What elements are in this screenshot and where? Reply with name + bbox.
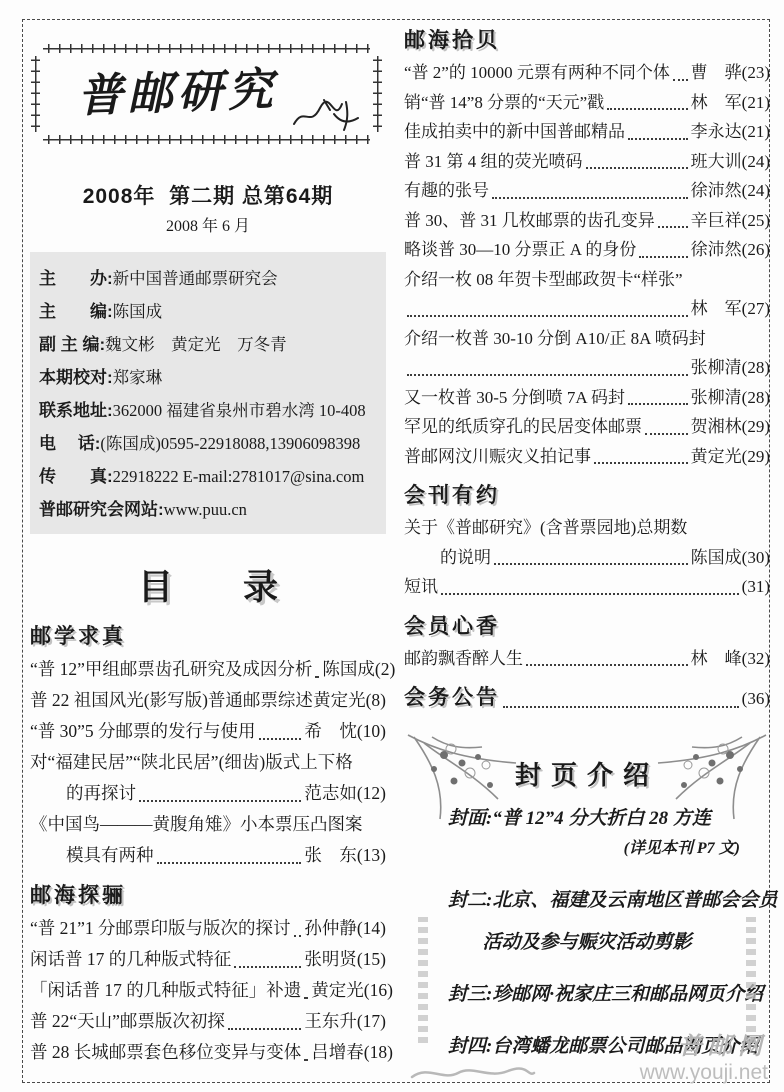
tick-border-right xyxy=(373,56,382,132)
toc-section-heading: 邮海拾贝 xyxy=(404,24,770,58)
toc-entry: 销“普 14”8 分票的“天元”戳林 军(21) xyxy=(404,88,770,118)
watermark-site-name: 普邮网 xyxy=(640,1026,768,1061)
publication-info-box: 主 办:新中国普通邮票研究会主 编:陈国成副 主 编:魏文彬 黄定光 万冬青本期… xyxy=(30,252,386,534)
toc-entry: 模具有两种张 东(13) xyxy=(30,840,386,871)
toc-entry: 《中国鸟———黄腹角雉》小本票压凸图案 xyxy=(30,809,386,840)
publication-info-row: 普邮研究会网站:www.puu.cn xyxy=(39,493,380,526)
toc-entry: “普 21”1 分邮票印版与版次的探讨孙仲静(14) xyxy=(30,913,386,944)
toc-entry-title: “普 21”1 分邮票印版与版次的探讨 xyxy=(30,913,291,944)
toc-right-list: 邮海拾贝“普 2”的 10000 元票有两种不同个体曹 骅(23)销“普 14”… xyxy=(404,24,770,715)
toc-entry-author-page: 黄定光(16) xyxy=(311,975,393,1006)
toc-entry-author-page: 陈国成(2) xyxy=(322,654,395,685)
toc-entry: 佳成拍卖中的新中国普邮精品李永达(21) xyxy=(404,117,770,147)
cover-intro-line: (详见本刊 P7 文) xyxy=(404,836,740,862)
toc-entry-title: 关于《普邮研究》(含普票园地)总期数 xyxy=(404,513,687,543)
toc-entry-author-page: 张 东(13) xyxy=(304,840,386,871)
toc-entry-author-page: 张柳清(28) xyxy=(691,383,770,413)
toc-entry-title: 模具有两种 xyxy=(66,840,154,871)
dot-leader xyxy=(628,403,688,405)
dot-leader xyxy=(157,862,302,864)
toc-entry-title: 佳成拍卖中的新中国普邮精品 xyxy=(404,117,625,147)
toc-entry-title: 短讯 xyxy=(404,572,438,602)
toc-entry-title: 略谈普 30—10 分票正 A 的身份 xyxy=(404,235,636,265)
dot-leader xyxy=(586,167,688,169)
toc-entry: 「闲话普 17 的几种版式特征」补遗黄定光(16) xyxy=(30,975,386,1006)
right-column: 邮海拾贝“普 2”的 10000 元票有两种不同个体曹 骅(23)销“普 14”… xyxy=(404,24,770,1083)
dot-leader xyxy=(492,197,688,199)
toc-entry-title: 的再探讨 xyxy=(66,778,136,809)
toc-entry: 对“福建民居”“陕北民居”(细齿)版式上下格 xyxy=(30,747,386,778)
publication-info-row: 主 办:新中国普通邮票研究会 xyxy=(39,262,380,295)
toc-section-heading: 邮海探骊 xyxy=(30,879,386,913)
dot-leader xyxy=(639,256,687,258)
signature-calligraphy-icon xyxy=(290,94,364,136)
toc-entry: 林 军(27) xyxy=(404,294,770,324)
toc-entry-author-page: (31) xyxy=(742,572,770,602)
toc-entry: 又一枚普 30-5 分倒喷 7A 码封张柳清(28) xyxy=(404,383,770,413)
toc-entry-title: 普 30、普 31 几枚邮票的齿孔变异 xyxy=(404,206,655,236)
toc-entry-title: “普 30”5 分邮票的发行与使用 xyxy=(30,716,256,747)
toc-section-heading-row: 会务公告(36) xyxy=(404,681,770,715)
info-label: 电 话: xyxy=(39,434,100,453)
toc-entry-author-page: 林 军(27) xyxy=(691,294,770,324)
dot-leader xyxy=(304,1059,308,1061)
tick-border-bottom xyxy=(43,135,370,144)
dot-leader xyxy=(228,1028,301,1030)
cover-intro-lines: 封面:“普 12”4 分大折白 28 方连(详见本刊 P7 文)封二:北京、福建… xyxy=(404,806,770,1060)
plum-blossom-right-icon xyxy=(652,729,770,821)
toc-entry-title: 普邮网汶川赈灾义拍记事 xyxy=(404,442,591,472)
info-value: 陈国成 xyxy=(113,302,163,321)
toc-entry-title: 介绍一枚普 30-10 分倒 A10/正 8A 喷码封 xyxy=(404,324,706,354)
toc-entry-author-page: 吕增春(18) xyxy=(311,1037,393,1068)
toc-entry-author-page: 徐沛然(26) xyxy=(691,235,770,265)
toc-entry-title: 对“福建民居”“陕北民居”(细齿)版式上下格 xyxy=(30,747,353,778)
cover-intro-line: 活动及参与赈灾活动剪影 xyxy=(404,930,770,956)
toc-entry: 邮韵飘香醉人生林 峰(32) xyxy=(404,644,770,674)
toc-entry-title: 又一枚普 30-5 分倒喷 7A 码封 xyxy=(404,383,625,413)
dot-leader xyxy=(407,315,688,317)
dot-leader xyxy=(645,433,688,435)
plum-blossom-left-icon xyxy=(404,729,522,821)
info-value: 魏文彬 黄定光 万冬青 xyxy=(105,335,287,354)
toc-entry-title: 有趣的张号 xyxy=(404,176,489,206)
toc-entry-author-page: 陈国成(30) xyxy=(691,543,770,573)
dot-leader xyxy=(494,563,688,565)
masthead-logo-box: 普邮研究 xyxy=(33,46,380,142)
toc-entry-author-page: 徐沛然(24) xyxy=(691,176,770,206)
tick-border-top xyxy=(43,44,370,53)
toc-entry-title: 「闲话普 17 的几种版式特征」补遗 xyxy=(30,975,301,1006)
toc-entry: 的再探讨范志如(12) xyxy=(30,778,386,809)
toc-entry-author-page: 黄定光(8) xyxy=(313,685,386,716)
chain-decoration-left xyxy=(418,917,428,1043)
publication-info-row: 本期校对:郑家琳 xyxy=(39,361,380,394)
toc-entry: 普 28 长城邮票套色移位变异与变体吕增春(18) xyxy=(30,1037,386,1068)
dot-leader xyxy=(315,676,319,678)
toc-entry: 略谈普 30—10 分票正 A 的身份徐沛然(26) xyxy=(404,235,770,265)
toc-entry: 普 22“天山”邮票版次初探王东升(17) xyxy=(30,1006,386,1037)
toc-entry: 关于《普邮研究》(含普票园地)总期数 xyxy=(404,513,770,543)
toc-entry-author-page: 曹 骅(23) xyxy=(691,58,770,88)
info-value: 郑家琳 xyxy=(113,368,163,387)
toc-entry-author-page: 班大训(24) xyxy=(691,147,770,177)
sketch-decoration-icon xyxy=(408,1057,538,1083)
toc-entry-title: 罕见的纸质穿孔的民居变体邮票 xyxy=(404,412,642,442)
toc-section-heading: 邮学求真 xyxy=(30,620,386,654)
toc-entry-author-page: 李永达(21) xyxy=(691,117,770,147)
toc-entry-author-page: 张明贤(15) xyxy=(304,944,386,975)
toc-section-heading: 会员心香 xyxy=(404,610,770,644)
toc-entry: “普 12”甲组邮票齿孔研究及成因分析陈国成(2) xyxy=(30,654,386,685)
toc-entry-title: 普 22“天山”邮票版次初探 xyxy=(30,1006,225,1037)
dot-leader xyxy=(628,138,688,140)
publication-info-row: 电 话:(陈国成)0595-22918088,13906098398 xyxy=(39,427,380,460)
info-label: 本期校对: xyxy=(39,368,113,387)
dot-leader xyxy=(607,108,687,110)
toc-entry-author-page: 范志如(12) xyxy=(304,778,386,809)
toc-entry-author-page: 王东升(17) xyxy=(304,1006,386,1037)
publication-info-row: 主 编:陈国成 xyxy=(39,295,380,328)
toc-entry-title: 《中国鸟———黄腹角雉》小本票压凸图案 xyxy=(30,809,363,840)
info-label: 普邮研究会网站: xyxy=(39,500,164,519)
toc-entry-title: 普 22 祖国风光(影写版)普通邮票综述 xyxy=(30,685,313,716)
toc-entry: 普 30、普 31 几枚邮票的齿孔变异辛巨祥(25) xyxy=(404,206,770,236)
date-line: 2008 年 6 月 xyxy=(30,213,386,236)
toc-entry: “普 30”5 分邮票的发行与使用希 忱(10) xyxy=(30,716,386,747)
toc-entry: 介绍一枚普 30-10 分倒 A10/正 8A 喷码封 xyxy=(404,324,770,354)
issue-line: 2008年 第二期 总第64期 xyxy=(30,180,386,210)
toc-entry: 张柳清(28) xyxy=(404,353,770,383)
toc-entry-title: 邮韵飘香醉人生 xyxy=(404,644,523,674)
toc-entry-title: 介绍一枚 08 年贺卡型邮政贺卡“样张” xyxy=(404,265,683,295)
toc-entry: 普邮网汶川赈灾义拍记事黄定光(29) xyxy=(404,442,770,472)
toc-entry-author-page: 辛巨祥(25) xyxy=(691,206,770,236)
info-value: (陈国成)0595-22918088,13906098398 xyxy=(100,434,360,453)
info-label: 传 真: xyxy=(39,467,113,486)
toc-entry-author-page: 希 忱(10) xyxy=(304,716,386,747)
watermark-site-url: www.youji.net xyxy=(640,1061,768,1085)
chain-decoration-right xyxy=(746,917,756,1043)
toc-entry-title: 闲话普 17 的几种版式特征 xyxy=(30,944,231,975)
dot-leader xyxy=(658,226,688,228)
info-label: 主 编: xyxy=(39,302,113,321)
toc-entry: “普 2”的 10000 元票有两种不同个体曹 骅(23) xyxy=(404,58,770,88)
cover-intro-line: 封二:北京、福建及云南地区普邮会会员 xyxy=(448,888,770,914)
toc-section-page: (36) xyxy=(742,689,770,709)
info-label: 主 办: xyxy=(39,269,113,288)
toc-entry: 的说明陈国成(30) xyxy=(404,543,770,573)
toc-entry-title: “普 12”甲组邮票齿孔研究及成因分析 xyxy=(30,654,312,685)
dot-leader xyxy=(503,706,739,708)
info-label: 副 主 编: xyxy=(39,335,105,354)
dot-leader xyxy=(526,664,688,666)
toc-entry-author-page: 贺湘林(29) xyxy=(691,412,770,442)
info-value: 新中国普通邮票研究会 xyxy=(113,269,278,288)
dot-leader xyxy=(594,462,688,464)
publication-info-row: 传 真:22918222 E-mail:2781017@sina.com xyxy=(39,460,380,493)
cover-pages-panel: 封页介绍 封面:“普 12”4 分大折白 28 方连(详见本刊 P7 文)封二:… xyxy=(404,725,770,1083)
cover-intro-line: 封三:珍邮网·祝家庄三和邮品网页介绍 xyxy=(448,982,770,1008)
dot-leader xyxy=(441,593,739,595)
left-column: 普邮研究 2008年 第二期 总第64期 2008 年 6 月 主 办:新中国普… xyxy=(30,24,386,1068)
toc-entry: 罕见的纸质穿孔的民居变体邮票贺湘林(29) xyxy=(404,412,770,442)
toc-entry-author-page: 林 军(21) xyxy=(691,88,770,118)
toc-title: 目 录 xyxy=(30,560,386,610)
toc-entry: 普 22 祖国风光(影写版)普通邮票综述黄定光(8) xyxy=(30,685,386,716)
info-value: 362000 福建省泉州市碧水湾 10-408 xyxy=(113,401,366,420)
toc-entry-title: 普 28 长城邮票套色移位变异与变体 xyxy=(30,1037,301,1068)
dot-leader xyxy=(234,966,301,968)
toc-entry: 有趣的张号徐沛然(24) xyxy=(404,176,770,206)
toc-entry: 短讯(31) xyxy=(404,572,770,602)
toc-entry: 普 31 第 4 组的荧光喷码班大训(24) xyxy=(404,147,770,177)
toc-entry-author-page: 张柳清(28) xyxy=(691,353,770,383)
toc-entry-author-page: 孙仲静(14) xyxy=(304,913,386,944)
toc-entry: 闲话普 17 的几种版式特征张明贤(15) xyxy=(30,944,386,975)
toc-entry: 介绍一枚 08 年贺卡型邮政贺卡“样张” xyxy=(404,265,770,295)
dot-leader xyxy=(294,935,302,937)
journal-title-calligraphy: 普邮研究 xyxy=(38,51,317,126)
toc-entry-title: 普 31 第 4 组的荧光喷码 xyxy=(404,147,583,177)
info-value: www.puu.cn xyxy=(164,500,247,519)
toc-entry-author-page: 林 峰(32) xyxy=(691,644,770,674)
publication-info-row: 联系地址:362000 福建省泉州市碧水湾 10-408 xyxy=(39,394,380,427)
info-label: 联系地址: xyxy=(39,401,113,420)
watermark: 普邮网 www.youji.net xyxy=(640,1026,768,1085)
dot-leader xyxy=(259,738,302,740)
dot-leader xyxy=(304,997,308,999)
magazine-toc-page: 普邮研究 2008年 第二期 总第64期 2008 年 6 月 主 办:新中国普… xyxy=(0,0,784,1092)
dot-leader xyxy=(139,800,301,802)
toc-section-heading: 会刊有约 xyxy=(404,479,770,513)
toc-entry-title: “普 2”的 10000 元票有两种不同个体 xyxy=(404,58,670,88)
toc-entry-title: 的说明 xyxy=(440,543,491,573)
toc-entry-title: 销“普 14”8 分票的“天元”戳 xyxy=(404,88,604,118)
toc-entry-author-page: 黄定光(29) xyxy=(691,442,770,472)
info-value: 22918222 E-mail:2781017@sina.com xyxy=(113,467,365,486)
dot-leader xyxy=(673,79,688,81)
toc-section-heading: 会务公告 xyxy=(404,681,500,715)
dot-leader xyxy=(407,374,688,376)
toc-left-list: 邮学求真“普 12”甲组邮票齿孔研究及成因分析陈国成(2)普 22 祖国风光(影… xyxy=(30,620,386,1068)
publication-info-row: 副 主 编:魏文彬 黄定光 万冬青 xyxy=(39,328,380,361)
